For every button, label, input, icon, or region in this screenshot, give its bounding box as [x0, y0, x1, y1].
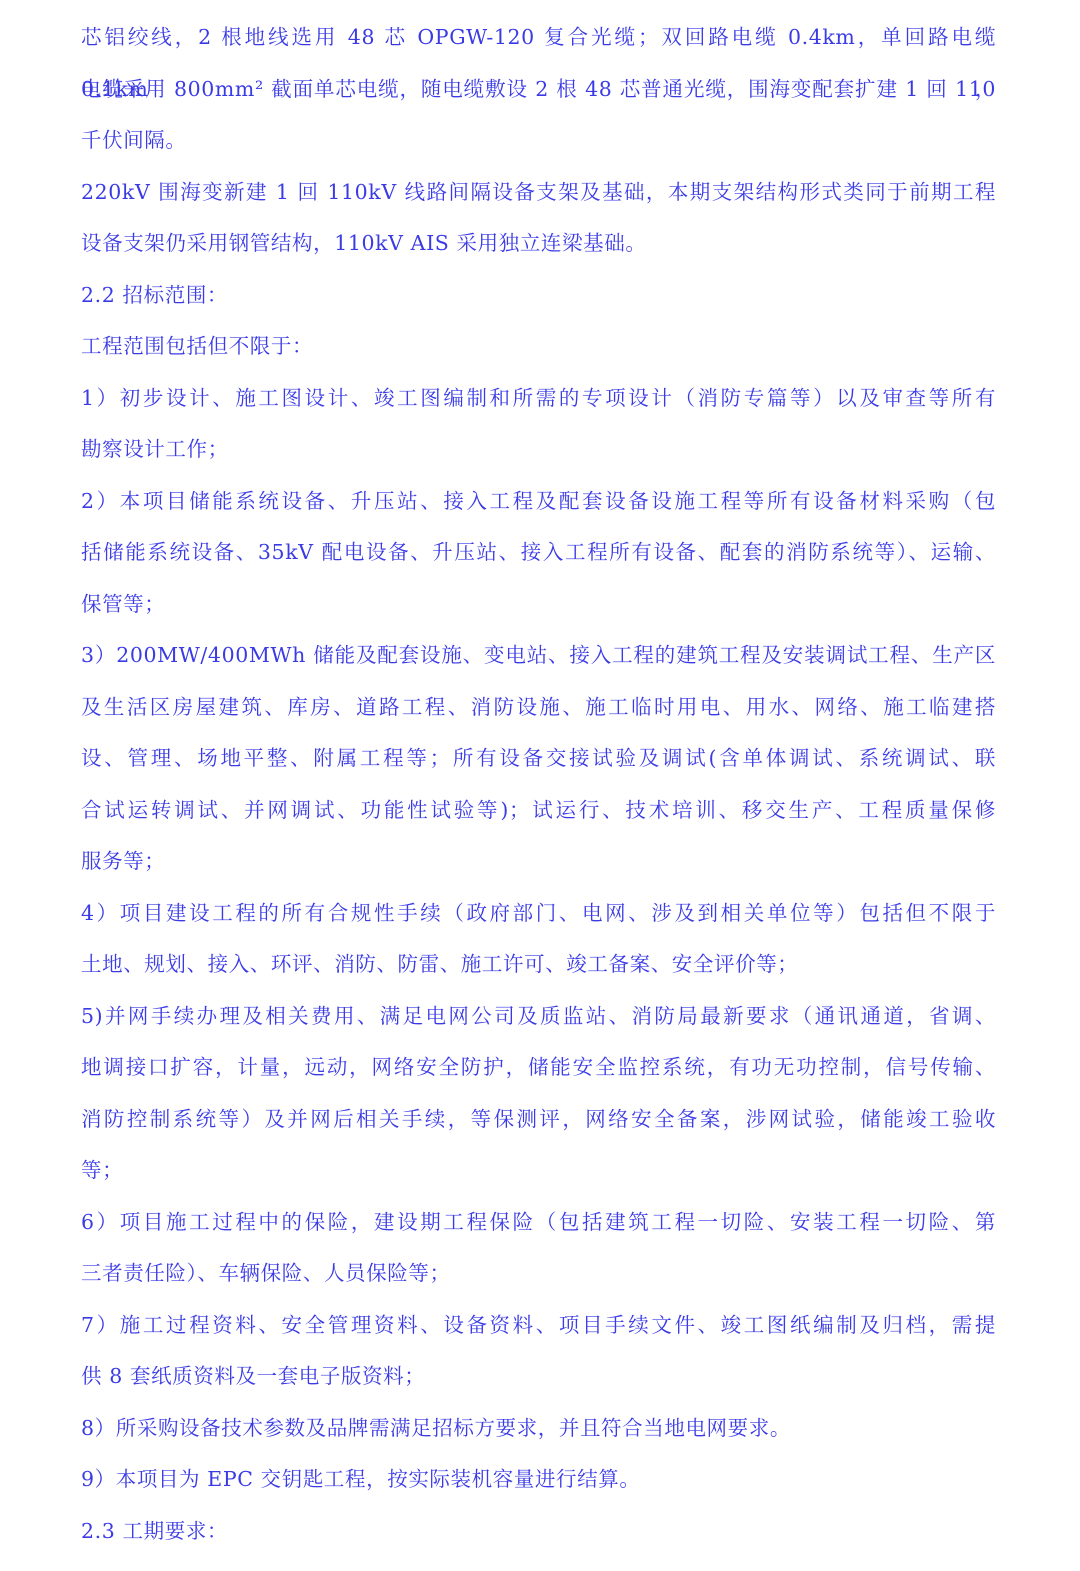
list-item-3: 3）200MW/400MWh 储能及配套设施、变电站、接入工程的建筑工程及安装调… — [81, 630, 996, 682]
list-item-4: 4）项目建设工程的所有合规性手续（政府部门、电网、涉及到相关单位等）包括但不限于 — [81, 888, 996, 940]
list-item-2: 括储能系统设备、35kV 配电设备、升压站、接入工程所有设备、配套的消防系统等）… — [81, 527, 996, 579]
list-item-6: 6）项目施工过程中的保险，建设期工程保险（包括建筑工程一切险、安装工程一切险、第 — [81, 1197, 996, 1249]
list-item-5: 5)并网手续办理及相关费用、满足电网公司及质监站、消防局最新要求（通讯通道，省调… — [81, 991, 996, 1043]
list-item-5: 消防控制系统等）及并网后相关手续，等保测评，网络安全备案，涉网试验，储能竣工验收 — [81, 1094, 996, 1146]
text-line-cable-spec: 电缆采用 800mm² 截面单芯电缆，随电缆敷设 2 根 48 芯普通光缆，围海… — [81, 64, 996, 116]
list-item-4: 土地、规划、接入、环评、消防、防雷、施工许可、竣工备案、安全评价等； — [81, 939, 996, 991]
list-item-2: 保管等； — [81, 579, 996, 631]
list-item-3: 服务等； — [81, 836, 996, 888]
section-heading-schedule: 2.3 工期要求： — [81, 1506, 996, 1558]
document-body: 芯铝绞线，2 根地线选用 48 芯 OPGW-120 复合光缆；双回路电缆 0.… — [81, 12, 996, 1557]
document-page: 芯铝绞线，2 根地线选用 48 芯 OPGW-120 复合光缆；双回路电缆 0.… — [0, 0, 1080, 1571]
list-item-5: 等； — [81, 1145, 996, 1197]
text-line-substation: 220kV 围海变新建 1 回 110kV 线路间隔设备支架及基础，本期支架结构… — [81, 167, 996, 219]
list-item-3: 及生活区房屋建筑、库房、道路工程、消防设施、施工临时用电、用水、网络、施工临建搭 — [81, 682, 996, 734]
list-item-6: 三者责任险）、车辆保险、人员保险等； — [81, 1248, 996, 1300]
list-item-8: 8）所采购设备技术参数及品牌需满足招标方要求，并且符合当地电网要求。 — [81, 1403, 996, 1455]
text-line-scope-intro: 工程范围包括但不限于： — [81, 321, 996, 373]
list-item-9: 9）本项目为 EPC 交钥匙工程，按实际装机容量进行结算。 — [81, 1454, 996, 1506]
section-heading-bid-scope: 2.2 招标范围： — [81, 270, 996, 322]
list-item-7: 供 8 套纸质资料及一套电子版资料； — [81, 1351, 996, 1403]
list-item-1: 1）初步设计、施工图设计、竣工图编制和所需的专项设计（消防专篇等）以及审查等所有 — [81, 373, 996, 425]
text-line-cable-spec: 千伏间隔。 — [81, 115, 996, 167]
text-line-cable-spec: 芯铝绞线，2 根地线选用 48 芯 OPGW-120 复合光缆；双回路电缆 0.… — [81, 12, 996, 64]
list-item-3: 设、管理、场地平整、附属工程等；所有设备交接试验及调试(含单体调试、系统调试、联 — [81, 733, 996, 785]
list-item-1: 勘察设计工作； — [81, 424, 996, 476]
text-line-substation: 设备支架仍采用钢管结构，110kV AIS 采用独立连梁基础。 — [81, 218, 996, 270]
list-item-5: 地调接口扩容，计量，远动，网络安全防护，储能安全监控系统，有功无功控制，信号传输… — [81, 1042, 996, 1094]
list-item-7: 7）施工过程资料、安全管理资料、设备资料、项目手续文件、竣工图纸编制及归档，需提 — [81, 1300, 996, 1352]
list-item-3: 合试运转调试、并网调试、功能性试验等)；试运行、技术培训、移交生产、工程质量保修 — [81, 785, 996, 837]
list-item-2: 2）本项目储能系统设备、升压站、接入工程及配套设备设施工程等所有设备材料采购（包 — [81, 476, 996, 528]
